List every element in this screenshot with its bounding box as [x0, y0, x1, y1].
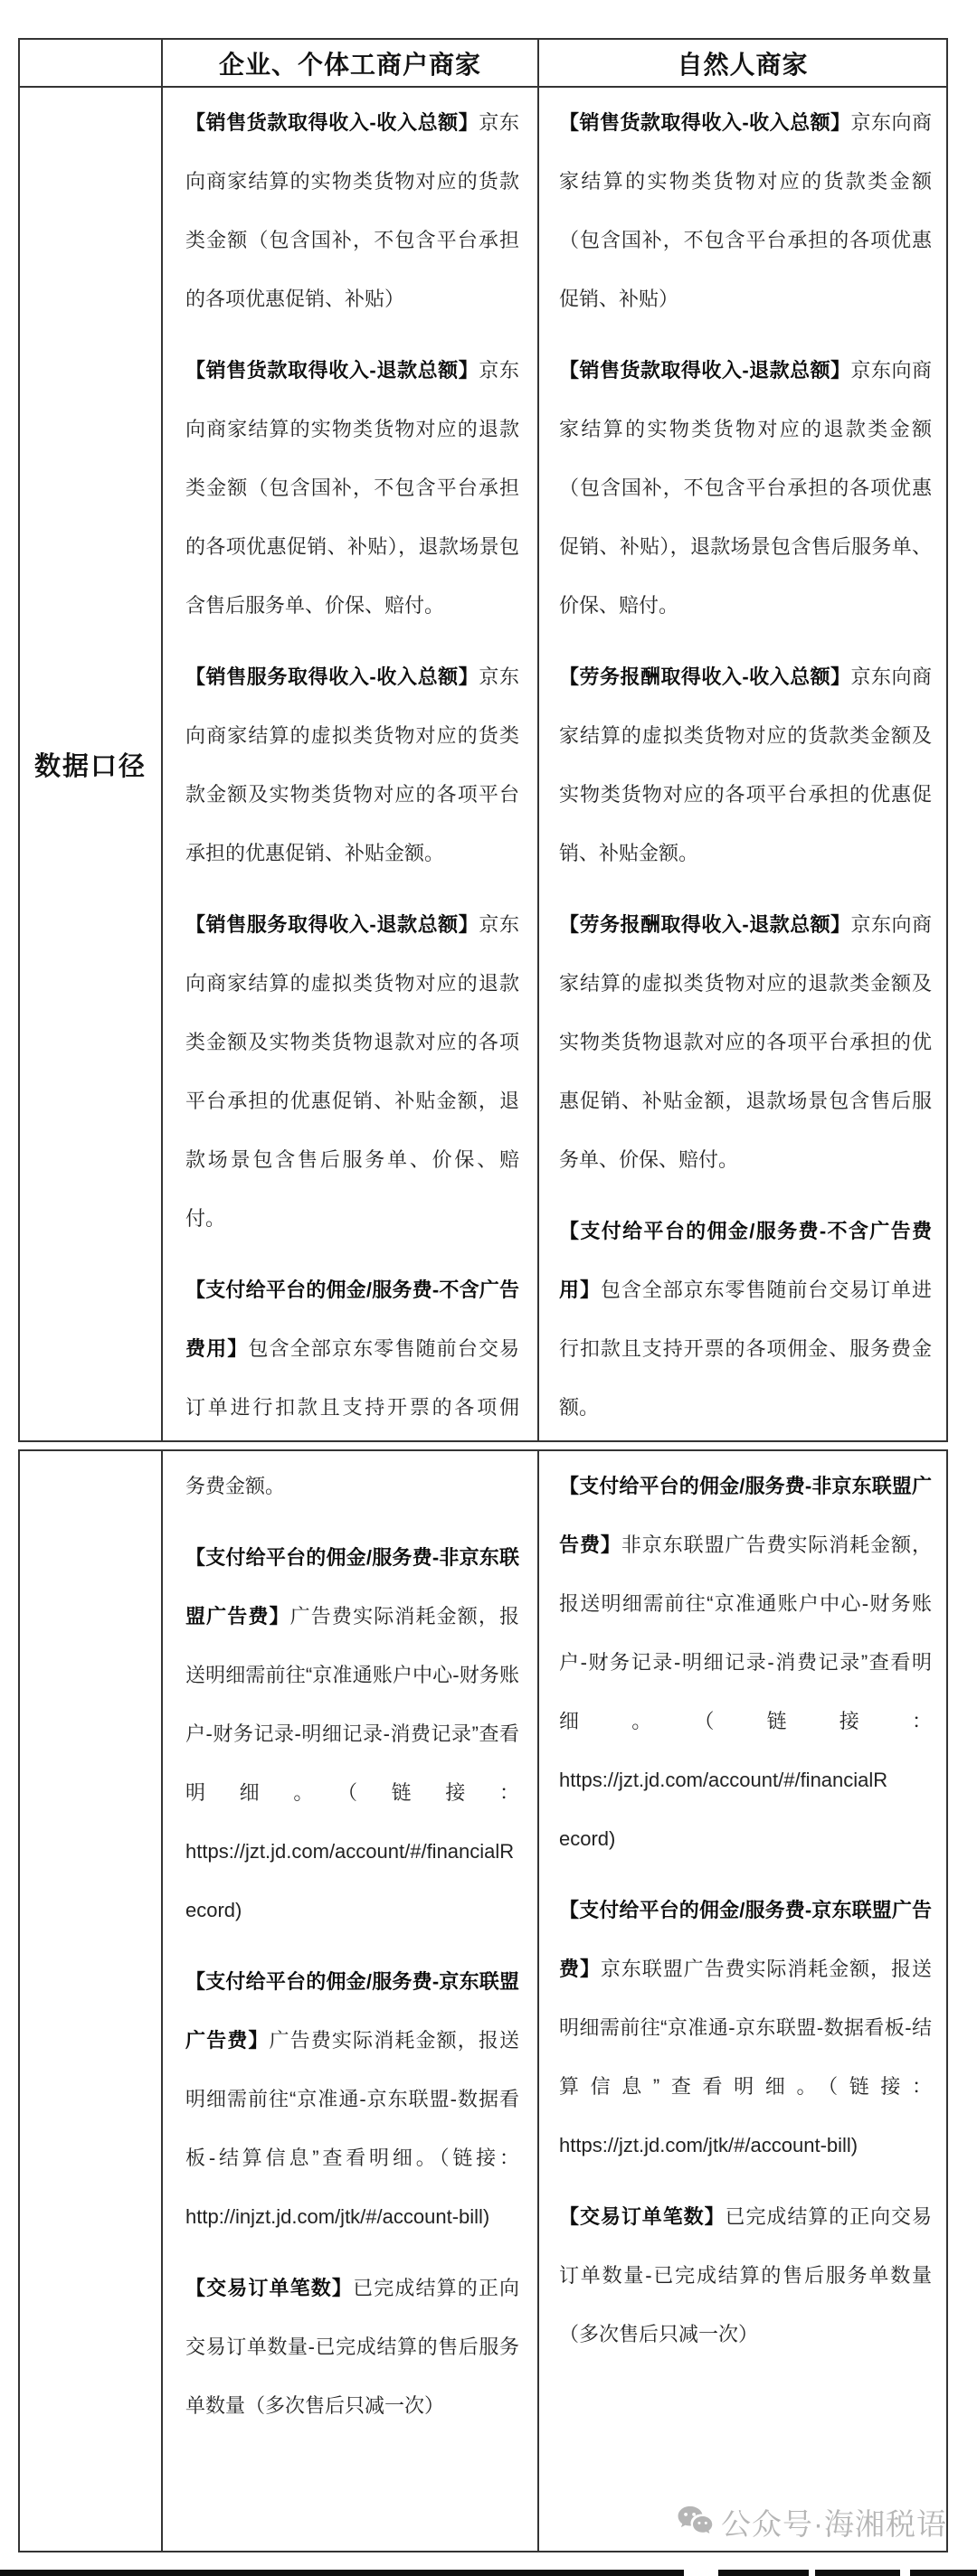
table-body-row: 数据口径 【销售货款取得收入-收入总额】京东向商家结算的实物类货物对应的货款类金…	[20, 88, 946, 1440]
definition-paragraph: 务费金额。	[185, 1457, 519, 1515]
watermark: 公众号·海湘税语	[677, 2497, 947, 2546]
data-caliber-table-part2: 务费金额。 【支付给平台的佣金/服务费-非京东联盟广告费】广告费实际消耗金额，报…	[18, 1449, 948, 2552]
definition-paragraph: 【销售服务取得收入-收入总额】京东向商家结算的虚拟类货物对应的货类款金额及实物类…	[185, 647, 519, 882]
enterprise-definitions-cell: 【销售货款取得收入-收入总额】京东向商家结算的实物类货物对应的货款类金额（包含国…	[163, 88, 539, 1440]
definition-paragraph: 【支付给平台的佣金/服务费-不含广告费用】包含全部京东零售随前台交易订单进行扣款…	[185, 1260, 519, 1440]
footer-bar	[0, 2570, 977, 2576]
watermark-text: 公众号·海湘税语	[721, 2501, 947, 2543]
footer-bar-segment	[718, 2570, 809, 2576]
row-label-data-caliber: 数据口径	[20, 88, 163, 1440]
definition-paragraph: 【支付给平台的佣金/服务费-非京东联盟广告费】非京东联盟广告费实际消耗金额，报送…	[559, 1457, 932, 1868]
definition-paragraph: 【销售服务取得收入-退款总额】京东向商家结算的虚拟类货物对应的退款类金额及实物类…	[185, 895, 519, 1248]
table-header-row: 企业、个体工商户商家 自然人商家	[20, 40, 946, 88]
table-body-row: 务费金额。 【支付给平台的佣金/服务费-非京东联盟广告费】广告费实际消耗金额，报…	[20, 1451, 946, 2551]
row-label-text: 数据口径	[34, 746, 147, 783]
header-natural-person-merchants: 自然人商家	[539, 40, 946, 86]
definition-paragraph: 【交易订单笔数】已完成结算的正向交易订单数量-已完成结算的售后服务单数量（多次售…	[185, 2259, 519, 2435]
definition-paragraph: 【支付给平台的佣金/服务费-非京东联盟广告费】广告费实际消耗金额，报送明细需前往…	[185, 1528, 519, 1939]
footer-bar-segment	[815, 2570, 900, 2576]
footer-bar-segment	[910, 2570, 977, 2576]
definition-paragraph: 【劳务报酬取得收入-退款总额】京东向商家结算的虚拟类货物对应的退款类金额及实物类…	[559, 895, 932, 1189]
definition-paragraph: 【销售货款取得收入-收入总额】京东向商家结算的实物类货物对应的货款类金额（包含国…	[559, 93, 932, 328]
definition-paragraph: 【支付给平台的佣金/服务费-京东联盟广告费】京东联盟广告费实际消耗金额，报送明细…	[559, 1881, 932, 2175]
natural-person-definitions-cell: 【销售货款取得收入-收入总额】京东向商家结算的实物类货物对应的货款类金额（包含国…	[539, 88, 946, 1440]
wechat-icon	[677, 2505, 713, 2538]
natural-person-definitions-cell-continued: 【支付给平台的佣金/服务费-非京东联盟广告费】非京东联盟广告费实际消耗金额，报送…	[539, 1451, 946, 2551]
definition-paragraph: 【交易订单笔数】已完成结算的正向交易订单数量-已完成结算的售后服务单数量（多次售…	[559, 2187, 932, 2364]
definition-paragraph: 【劳务报酬取得收入-收入总额】京东向商家结算的虚拟类货物对应的货款类金额及实物类…	[559, 647, 932, 882]
empty-label-cell	[20, 1451, 163, 2551]
definition-paragraph: 【支付给平台的佣金/服务费-不含广告费用】包含全部京东零售随前台交易订单进行扣款…	[559, 1202, 932, 1437]
definition-paragraph: 【销售货款取得收入-退款总额】京东向商家结算的实物类货物对应的退款类金额（包含国…	[185, 341, 519, 635]
header-empty-cell	[20, 40, 163, 86]
data-caliber-table-part1: 企业、个体工商户商家 自然人商家 数据口径 【销售货款取得收入-收入总额】京东向…	[18, 38, 948, 1442]
definition-paragraph: 【支付给平台的佣金/服务费-京东联盟广告费】广告费实际消耗金额，报送明细需前往“…	[185, 1952, 519, 2246]
footer-bar-segment	[0, 2570, 684, 2576]
header-enterprise-merchants: 企业、个体工商户商家	[163, 40, 539, 86]
definition-paragraph: 【销售货款取得收入-退款总额】京东向商家结算的实物类货物对应的退款类金额（包含国…	[559, 341, 932, 635]
definition-paragraph: 【销售货款取得收入-收入总额】京东向商家结算的实物类货物对应的货款类金额（包含国…	[185, 93, 519, 328]
enterprise-definitions-cell-continued: 务费金额。 【支付给平台的佣金/服务费-非京东联盟广告费】广告费实际消耗金额，报…	[163, 1451, 539, 2551]
